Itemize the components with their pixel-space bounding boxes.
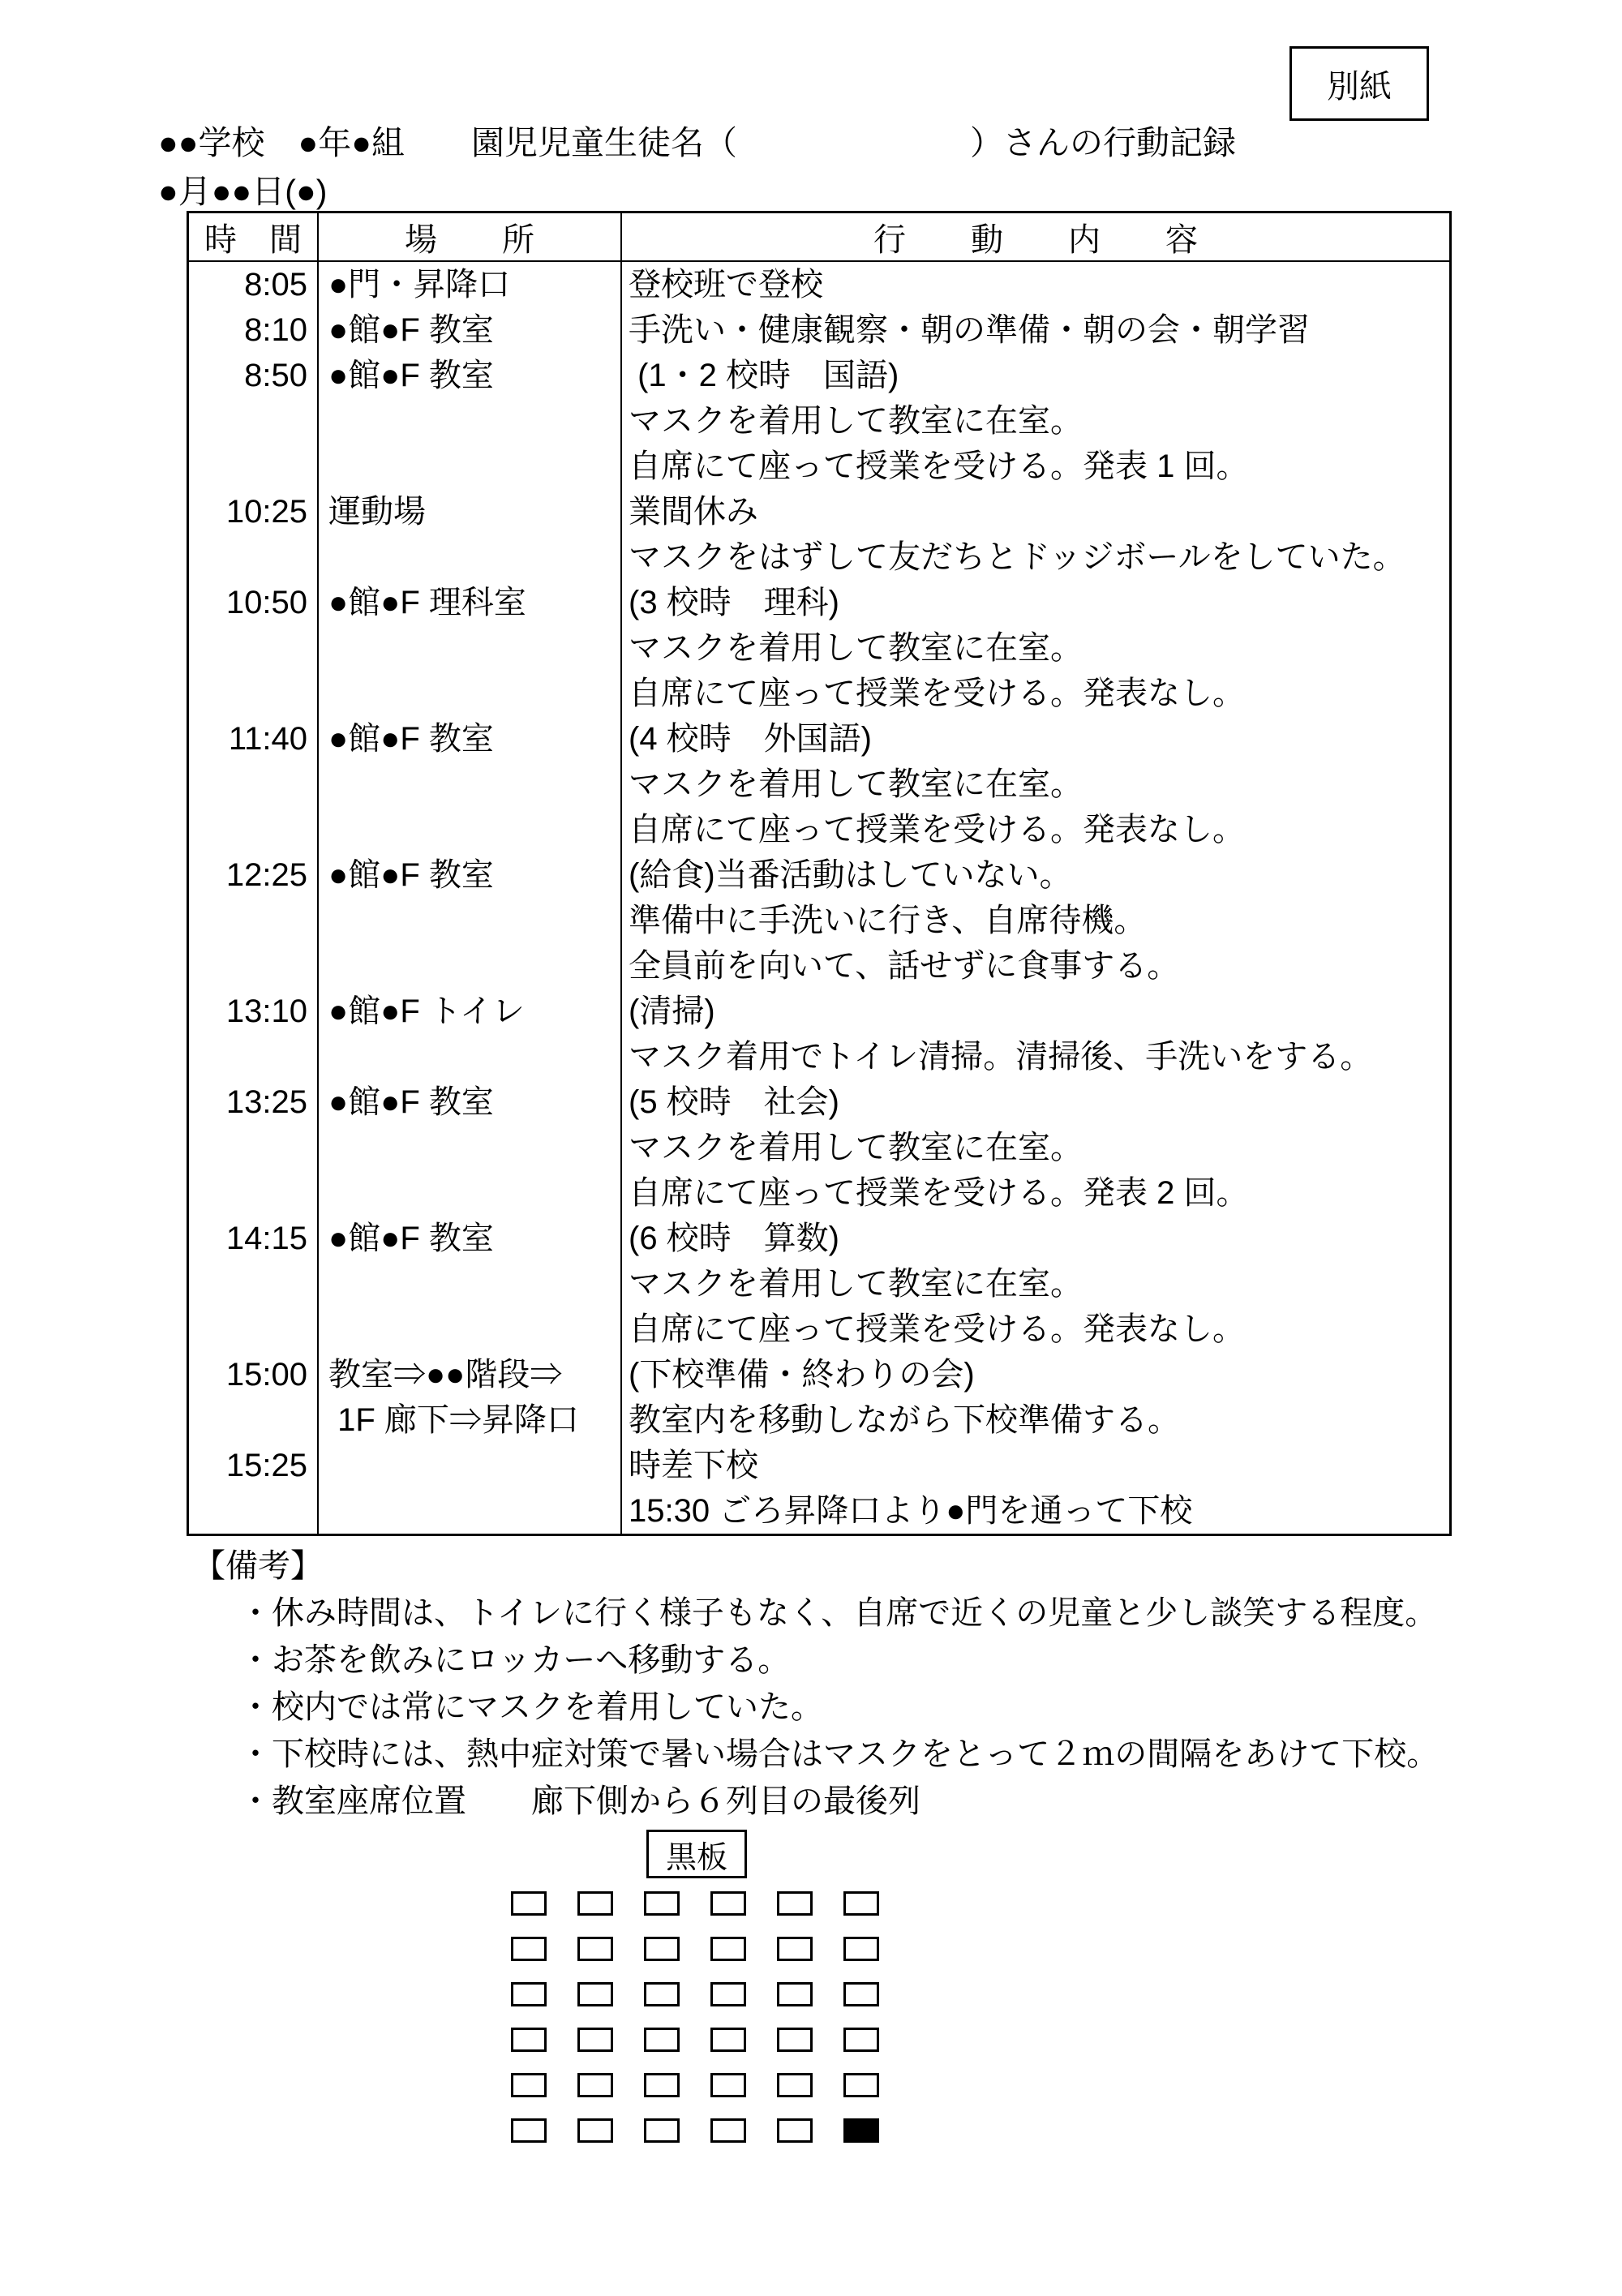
content-cell-2: (1・2 校時 国語)マスクを着用して教室に在室。自席にて座って授業を受ける。発… bbox=[622, 353, 1449, 489]
time-cell-11: 15:25 bbox=[189, 1443, 319, 1534]
content-cell-11: 時差下校15:30 ごろ昇降口より●門を通って下校 bbox=[622, 1443, 1449, 1534]
place-line: ●館●F 理科室 bbox=[328, 580, 620, 625]
seat-box bbox=[843, 1891, 879, 1916]
content-line: (6 校時 算数) bbox=[629, 1216, 1449, 1261]
content-line: マスクを着用して教室に在室。 bbox=[629, 398, 1449, 444]
time-value: 10:50 bbox=[189, 580, 307, 625]
time-value: 10:25 bbox=[189, 489, 307, 534]
place-cell-3: 運動場 bbox=[319, 489, 622, 580]
content-cell-1: 手洗い・健康観察・朝の準備・朝の会・朝学習 bbox=[622, 307, 1449, 353]
content-cell-8: (5 校時 社会)マスクを着用して教室に在室。自席にて座って授業を受ける。発表 … bbox=[622, 1079, 1449, 1216]
time-cell-8: 13:25 bbox=[189, 1079, 319, 1216]
notes-item: ・休み時間は、トイレに行く様子もなく、自席で近くの児童と少し談笑する程度。 bbox=[239, 1590, 1439, 1637]
time-value: 8:50 bbox=[189, 353, 307, 398]
content-line: 自席にて座って授業を受ける。発表なし。 bbox=[629, 671, 1449, 716]
content-line: マスクを着用して教室に在室。 bbox=[629, 625, 1449, 671]
seat-box bbox=[710, 2028, 746, 2052]
seat-box bbox=[843, 2028, 879, 2052]
place-line: ●館●F トイレ bbox=[328, 989, 620, 1034]
seat-box bbox=[511, 2028, 547, 2052]
place-line: ●館●F 教室 bbox=[328, 716, 620, 762]
seat-box bbox=[777, 1937, 813, 1961]
notes-section: 【備考】 ・休み時間は、トイレに行く様子もなく、自席で近くの児童と少し談笑する程… bbox=[193, 1543, 1439, 1825]
time-value: 11:40 bbox=[189, 716, 307, 762]
content-line: (下校準備・終わりの会) bbox=[629, 1352, 1449, 1397]
seat-box bbox=[644, 1891, 680, 1916]
place-cell-7: ●館●F トイレ bbox=[319, 989, 622, 1079]
seat-box bbox=[777, 2118, 813, 2143]
time-cell-7: 13:10 bbox=[189, 989, 319, 1079]
place-line: ●館●F 教室 bbox=[328, 353, 620, 398]
seat-box bbox=[577, 2118, 613, 2143]
content-cell-4: (3 校時 理科)マスクを着用して教室に在室。自席にて座って授業を受ける。発表な… bbox=[622, 580, 1449, 716]
content-line: (5 校時 社会) bbox=[629, 1079, 1449, 1125]
content-line: 自席にて座って授業を受ける。発表なし。 bbox=[629, 1307, 1449, 1352]
place-cell-6: ●館●F 教室 bbox=[319, 852, 622, 989]
table-body: 8:05●門・昇降口登校班で登校8:10●館●F 教室手洗い・健康観察・朝の準備… bbox=[189, 262, 1449, 1534]
seat-box bbox=[710, 1937, 746, 1961]
seat-box bbox=[710, 2118, 746, 2143]
seat-box bbox=[710, 2073, 746, 2097]
corner-label: 別紙 bbox=[1327, 61, 1392, 107]
content-cell-3: 業間休みマスクをはずして友だちとドッジボールをしていた。 bbox=[622, 489, 1449, 580]
content-line: 自席にて座って授業を受ける。発表なし。 bbox=[629, 807, 1449, 852]
place-cell-5: ●館●F 教室 bbox=[319, 716, 622, 852]
seat-box bbox=[644, 2073, 680, 2097]
time-cell-0: 8:05 bbox=[189, 262, 319, 307]
time-value: 8:10 bbox=[189, 307, 307, 353]
place-line: ●門・昇降口 bbox=[328, 262, 620, 307]
place-line: ●館●F 教室 bbox=[328, 1216, 620, 1261]
time-value: 14:15 bbox=[189, 1216, 307, 1261]
notes-items: ・休み時間は、トイレに行く様子もなく、自席で近くの児童と少し談笑する程度。・お茶… bbox=[193, 1590, 1439, 1825]
time-value: 15:00 bbox=[189, 1352, 307, 1397]
seat-box bbox=[511, 1891, 547, 1916]
seat-box bbox=[577, 1937, 613, 1961]
table-header-time: 時 間 bbox=[189, 213, 319, 260]
seat-box bbox=[577, 1982, 613, 2006]
content-line: (1・2 校時 国語) bbox=[629, 353, 1449, 398]
content-line: 全員前を向いて、話せずに食事する。 bbox=[629, 943, 1449, 989]
seat-box bbox=[577, 1891, 613, 1916]
seat-box bbox=[710, 1891, 746, 1916]
time-cell-1: 8:10 bbox=[189, 307, 319, 353]
place-line: 運動場 bbox=[328, 489, 620, 534]
content-line: 自席にて座って授業を受ける。発表 1 回。 bbox=[629, 444, 1449, 489]
content-line: マスクをはずして友だちとドッジボールをしていた。 bbox=[629, 534, 1449, 580]
seat-box bbox=[644, 2028, 680, 2052]
time-value: 15:25 bbox=[189, 1443, 307, 1488]
seat-box bbox=[577, 2028, 613, 2052]
content-line: 業間休み bbox=[629, 489, 1449, 534]
seat-box bbox=[644, 2118, 680, 2143]
place-cell-0: ●門・昇降口 bbox=[319, 262, 622, 307]
place-line: ●館●F 教室 bbox=[328, 852, 620, 898]
time-cell-9: 14:15 bbox=[189, 1216, 319, 1352]
time-value: 13:25 bbox=[189, 1079, 307, 1125]
time-cell-6: 12:25 bbox=[189, 852, 319, 989]
place-line: 教室⇒●●階段⇒ bbox=[328, 1352, 620, 1397]
content-cell-0: 登校班で登校 bbox=[622, 262, 1449, 307]
time-cell-5: 11:40 bbox=[189, 716, 319, 852]
seat-box bbox=[644, 1937, 680, 1961]
content-line: マスク着用でトイレ清掃。清掃後、手洗いをする。 bbox=[629, 1034, 1449, 1079]
table-header-place: 場 所 bbox=[319, 213, 622, 260]
notes-item: ・下校時には、熱中症対策で暑い場合はマスクをとって２ｍの間隔をあけて下校。 bbox=[239, 1731, 1439, 1778]
blackboard-label: 黒板 bbox=[666, 1832, 727, 1877]
seat-box bbox=[777, 1982, 813, 2006]
seat-box bbox=[777, 2073, 813, 2097]
time-value: 13:10 bbox=[189, 989, 307, 1034]
content-line: (3 校時 理科) bbox=[629, 580, 1449, 625]
content-cell-10: (下校準備・終わりの会)教室内を移動しながら下校準備する。 bbox=[622, 1352, 1449, 1443]
notes-heading: 【備考】 bbox=[193, 1543, 1439, 1590]
time-value: 8:05 bbox=[189, 262, 307, 307]
seat-box bbox=[511, 1937, 547, 1961]
notes-item: ・教室座席位置 廊下側から６列目の最後列 bbox=[239, 1778, 1439, 1825]
place-cell-1: ●館●F 教室 bbox=[319, 307, 622, 353]
place-line: ●館●F 教室 bbox=[328, 1079, 620, 1125]
place-line: ●館●F 教室 bbox=[328, 307, 620, 353]
content-line: マスクを着用して教室に在室。 bbox=[629, 1125, 1449, 1170]
seat-box bbox=[843, 1937, 879, 1961]
content-line: マスクを着用して教室に在室。 bbox=[629, 762, 1449, 807]
seat-box bbox=[644, 1982, 680, 2006]
content-line: 15:30 ごろ昇降口より●門を通って下校 bbox=[629, 1488, 1449, 1534]
time-cell-3: 10:25 bbox=[189, 489, 319, 580]
content-line: (4 校時 外国語) bbox=[629, 716, 1449, 762]
content-cell-6: (給食)当番活動はしていない。準備中に手洗いに行き、自席待機。全員前を向いて、話… bbox=[622, 852, 1449, 989]
place-cell-2: ●館●F 教室 bbox=[319, 353, 622, 489]
seat-box bbox=[511, 2118, 547, 2143]
seat-box bbox=[577, 2073, 613, 2097]
place-cell-10: 教室⇒●●階段⇒ 1F 廊下⇒昇降口 bbox=[319, 1352, 622, 1443]
table-header-row: 時 間 場 所 行 動 内 容 bbox=[189, 213, 1449, 262]
content-line: マスクを着用して教室に在室。 bbox=[629, 1261, 1449, 1307]
time-cell-10: 15:00 bbox=[189, 1352, 319, 1443]
content-line: (給食)当番活動はしていない。 bbox=[629, 852, 1449, 898]
place-cell-8: ●館●F 教室 bbox=[319, 1079, 622, 1216]
record-table: 時 間 場 所 行 動 内 容 8:05●門・昇降口登校班で登校8:10●館●F… bbox=[187, 211, 1452, 1536]
time-value: 12:25 bbox=[189, 852, 307, 898]
content-line: 登校班で登校 bbox=[629, 262, 1449, 307]
seat-box bbox=[511, 2073, 547, 2097]
behavior-record-document: 別紙 ●●学校 ●年●組 園児児童生徒名（ ）さんの行動記録 ●月●●日(●) … bbox=[0, 0, 1622, 2296]
seat-box bbox=[710, 1982, 746, 2006]
time-cell-4: 10:50 bbox=[189, 580, 319, 716]
blackboard-box: 黒板 bbox=[646, 1830, 747, 1878]
seat-box-marked bbox=[843, 2118, 879, 2143]
notes-item: ・校内では常にマスクを着用していた。 bbox=[239, 1684, 1439, 1731]
seat-box bbox=[843, 1982, 879, 2006]
corner-label-box: 別紙 bbox=[1289, 46, 1429, 121]
time-cell-2: 8:50 bbox=[189, 353, 319, 489]
content-line: 手洗い・健康観察・朝の準備・朝の会・朝学習 bbox=[629, 307, 1449, 353]
content-line: 時差下校 bbox=[629, 1443, 1449, 1488]
place-cell-11 bbox=[319, 1443, 622, 1534]
content-line: 準備中に手洗いに行き、自席待機。 bbox=[629, 898, 1449, 943]
notes-item: ・お茶を飲みにロッカーへ移動する。 bbox=[239, 1637, 1439, 1684]
content-line: (清掃) bbox=[629, 989, 1449, 1034]
place-cell-9: ●館●F 教室 bbox=[319, 1216, 622, 1352]
seat-box bbox=[777, 2028, 813, 2052]
content-cell-7: (清掃)マスク着用でトイレ清掃。清掃後、手洗いをする。 bbox=[622, 989, 1449, 1079]
seat-box bbox=[843, 2073, 879, 2097]
document-date: ●月●●日(●) bbox=[158, 170, 327, 212]
content-cell-9: (6 校時 算数)マスクを着用して教室に在室。自席にて座って授業を受ける。発表な… bbox=[622, 1216, 1449, 1352]
place-line: 1F 廊下⇒昇降口 bbox=[328, 1397, 620, 1443]
content-cell-5: (4 校時 外国語)マスクを着用して教室に在室。自席にて座って授業を受ける。発表… bbox=[622, 716, 1449, 852]
place-cell-4: ●館●F 理科室 bbox=[319, 580, 622, 716]
seat-box bbox=[511, 1982, 547, 2006]
table-header-content: 行 動 内 容 bbox=[622, 213, 1449, 260]
content-line: 教室内を移動しながら下校準備する。 bbox=[629, 1397, 1449, 1443]
document-title: ●●学校 ●年●組 園児児童生徒名（ ）さんの行動記録 bbox=[158, 122, 1236, 164]
seating-chart-grid bbox=[511, 1891, 879, 2143]
seat-box bbox=[777, 1891, 813, 1916]
content-line: 自席にて座って授業を受ける。発表 2 回。 bbox=[629, 1170, 1449, 1216]
